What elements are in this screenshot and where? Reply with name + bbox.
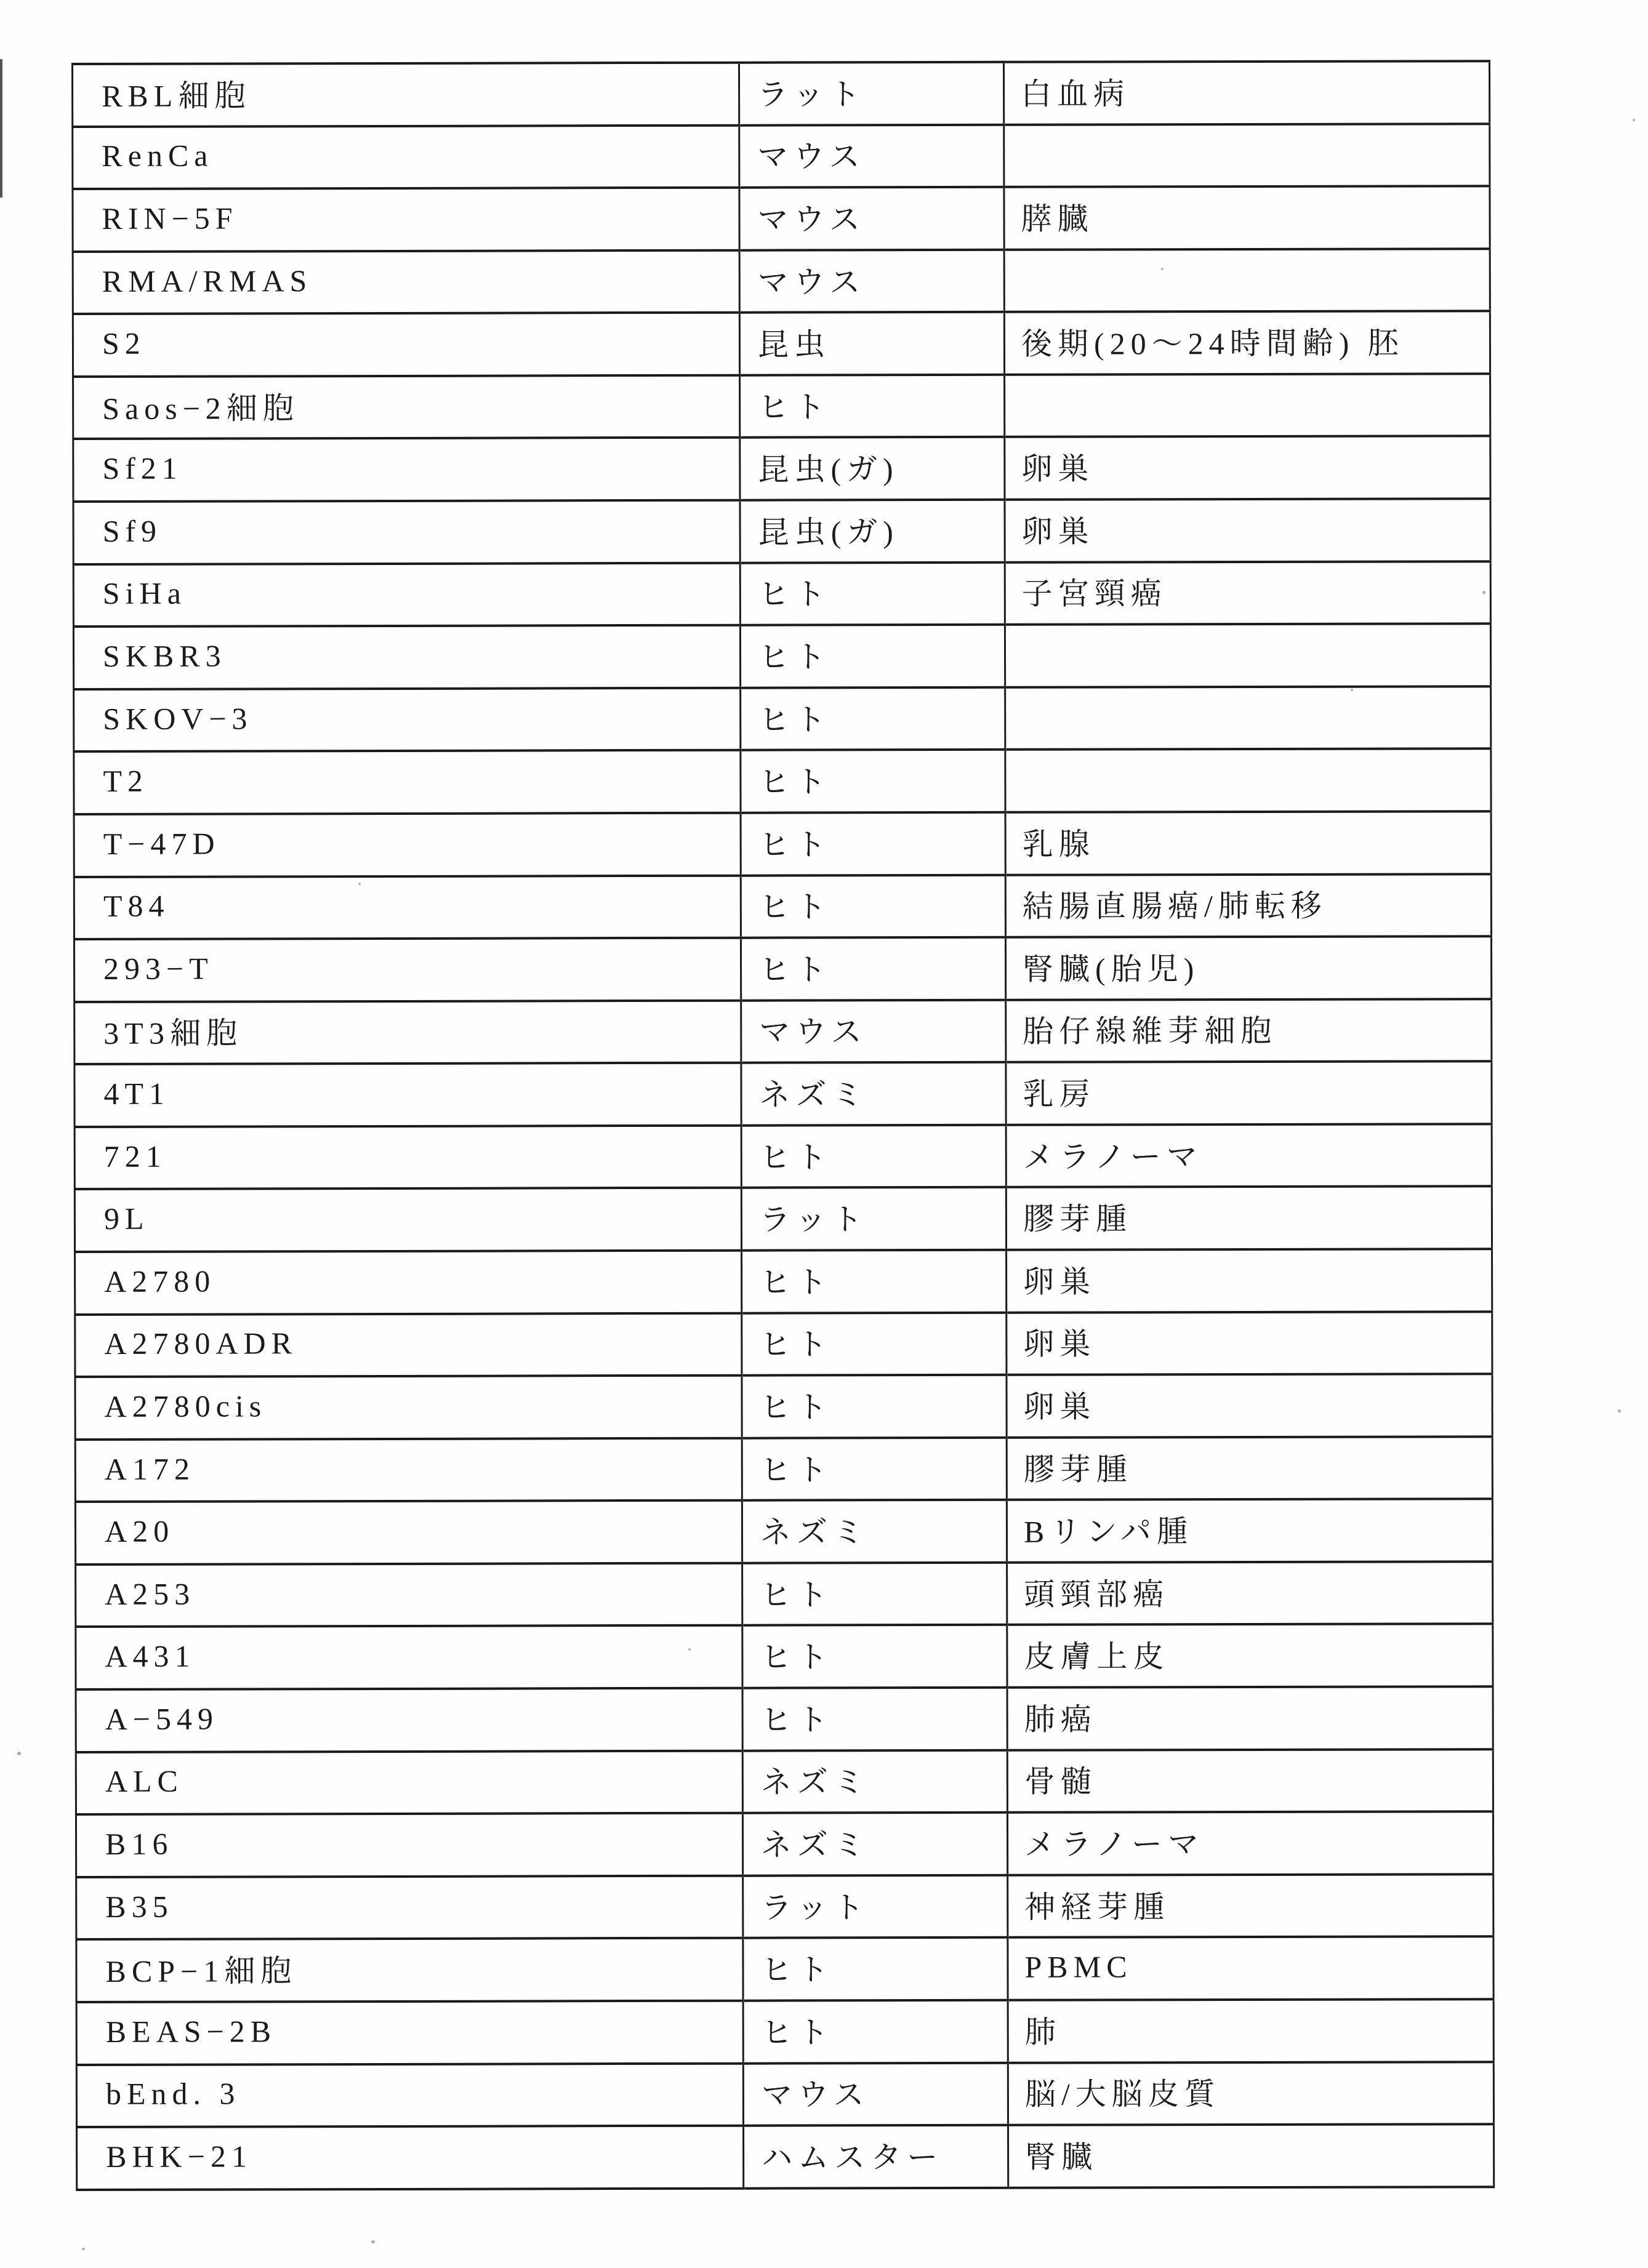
- species-cell: ヒト: [741, 812, 1005, 875]
- species-cell: ヒト: [740, 625, 1005, 687]
- tissue-origin-cell: 肺: [1008, 1999, 1493, 2062]
- cell-line-name-cell: A2780: [75, 1251, 742, 1315]
- table-row: B16ネズミメラノーマ: [76, 1811, 1493, 1877]
- species-cell: ヒト: [743, 2000, 1008, 2063]
- tissue-origin-cell: 卵巣: [1005, 436, 1490, 500]
- tissue-origin-cell: 卵巣: [1007, 1374, 1492, 1437]
- cell-line-name-cell: S2: [73, 313, 739, 377]
- table-row: RIN−5Fマウス膵臓: [73, 186, 1490, 251]
- tissue-origin-cell: Bリンパ腫: [1007, 1499, 1492, 1562]
- species-cell: 昆虫: [739, 312, 1004, 375]
- species-cell: ネズミ: [742, 1750, 1007, 1813]
- cell-line-name-cell: RenCa: [73, 125, 739, 189]
- cell-line-name-cell: A253: [76, 1563, 742, 1627]
- scan-edge-artifact: [0, 59, 2, 198]
- species-cell: ヒト: [742, 1312, 1007, 1375]
- table-row: Sf21昆虫(ガ)卵巣: [73, 436, 1490, 502]
- species-cell: ヒト: [741, 750, 1005, 812]
- table-row: 721ヒトメラノーマ: [74, 1124, 1492, 1189]
- table-row: A20ネズミBリンパ腫: [75, 1499, 1492, 1564]
- cell-line-name-cell: A−549: [76, 1688, 742, 1752]
- species-cell: 昆虫(ガ): [740, 437, 1005, 500]
- cell-line-name-cell: T84: [74, 875, 741, 939]
- tissue-origin-cell: 腎臓: [1008, 2124, 1494, 2188]
- table-row: A−549ヒト肺癌: [76, 1686, 1493, 1752]
- cell-line-name-cell: A431: [76, 1625, 742, 1689]
- table-row: A253ヒト頭頸部癌: [76, 1561, 1493, 1627]
- tissue-origin-cell: 乳房: [1006, 1061, 1492, 1124]
- tissue-origin-cell: [1005, 374, 1490, 437]
- cell-line-name-cell: A172: [75, 1438, 742, 1502]
- table-row: 293−Tヒト腎臓(胎児): [74, 936, 1491, 1001]
- species-cell: マウス: [743, 2062, 1008, 2125]
- tissue-origin-cell: 膠芽腫: [1007, 1437, 1492, 1500]
- tissue-origin-cell: 膠芽腫: [1006, 1187, 1492, 1250]
- species-cell: ヒト: [742, 1250, 1007, 1313]
- tissue-origin-cell: [1005, 686, 1491, 750]
- table-row: BEAS−2Bヒト肺: [76, 1999, 1493, 2064]
- scanned-document-page: { "colors": { "ink": "#1b1b1b", "paper":…: [0, 0, 1648, 2268]
- table-row: T2ヒト: [74, 749, 1491, 814]
- table-row: A172ヒト膠芽腫: [75, 1437, 1492, 1502]
- cell-line-name-cell: SKOV−3: [74, 688, 741, 752]
- tissue-origin-cell: [1004, 249, 1490, 312]
- cell-line-name-cell: Saos−2細胞: [73, 375, 740, 439]
- table-row: T84ヒト結腸直腸癌/肺転移: [74, 874, 1491, 939]
- tissue-origin-cell: 卵巣: [1007, 1249, 1492, 1312]
- table-row: A2780cisヒト卵巣: [75, 1374, 1492, 1439]
- table-row: 4T1ネズミ乳房: [74, 1061, 1492, 1126]
- species-cell: ヒト: [740, 375, 1005, 438]
- table-row: RMA/RMASマウス: [73, 249, 1490, 314]
- tissue-origin-cell: メラノーマ: [1006, 1124, 1492, 1187]
- tissue-origin-cell: 腎臓(胎児): [1005, 936, 1491, 1000]
- scan-speck: [371, 2240, 375, 2243]
- cell-line-name-cell: Sf9: [73, 500, 740, 564]
- tissue-origin-cell: 肺癌: [1007, 1686, 1493, 1750]
- cell-line-name-cell: T2: [74, 750, 741, 814]
- table-row: BHK−21ハムスター腎臓: [77, 2124, 1494, 2190]
- species-cell: ヒト: [741, 875, 1005, 937]
- scan-speck: [1633, 119, 1635, 121]
- tissue-origin-cell: [1005, 749, 1491, 812]
- tissue-origin-cell: 結腸直腸癌/肺転移: [1005, 874, 1491, 937]
- cell-line-name-cell: SiHa: [73, 563, 740, 627]
- table-row: SKOV−3ヒト: [74, 686, 1491, 751]
- cell-line-name-cell: BEAS−2B: [76, 2001, 743, 2065]
- species-cell: ネズミ: [741, 1062, 1006, 1125]
- species-cell: ヒト: [741, 687, 1005, 750]
- tissue-origin-cell: [1005, 623, 1490, 687]
- cell-line-name-cell: ALC: [76, 1750, 742, 1814]
- cell-line-name-cell: RMA/RMAS: [73, 250, 739, 314]
- cell-line-name-cell: A2780ADR: [75, 1313, 742, 1377]
- tissue-origin-cell: 子宮頸癌: [1005, 561, 1490, 625]
- tissue-origin-cell: 卵巣: [1007, 1312, 1492, 1375]
- cell-line-name-cell: Sf21: [73, 438, 740, 502]
- table-row: RBL細胞ラット白血病: [73, 61, 1490, 126]
- species-cell: ヒト: [742, 1375, 1007, 1438]
- table-row: SiHaヒト子宮頸癌: [73, 561, 1490, 627]
- species-cell: ヒト: [740, 562, 1005, 625]
- species-cell: マウス: [739, 250, 1004, 313]
- scan-speck: [82, 2248, 85, 2250]
- species-cell: ハムスター: [744, 2125, 1008, 2189]
- cell-line-table: RBL細胞ラット白血病RenCaマウスRIN−5Fマウス膵臓RMA/RMASマウ…: [71, 60, 1495, 2191]
- cell-line-name-cell: BHK−21: [77, 2126, 744, 2190]
- table-row: T−47Dヒト乳腺: [74, 811, 1491, 876]
- species-cell: ラット: [741, 1187, 1006, 1250]
- species-cell: ヒト: [743, 1937, 1008, 2000]
- scan-speck: [1618, 1409, 1621, 1412]
- cell-line-name-cell: RIN−5F: [73, 188, 739, 252]
- cell-line-name-cell: B16: [76, 1813, 742, 1877]
- species-cell: マウス: [739, 124, 1004, 187]
- cell-line-name-cell: 3T3細胞: [74, 1000, 741, 1064]
- tissue-origin-cell: 後期(20〜24時間齢) 胚: [1004, 311, 1490, 374]
- species-cell: ネズミ: [742, 1813, 1007, 1875]
- cell-line-name-cell: SKBR3: [73, 625, 740, 689]
- tissue-origin-cell: 白血病: [1004, 61, 1490, 124]
- table-row: S2昆虫後期(20〜24時間齢) 胚: [73, 311, 1490, 376]
- species-cell: ヒト: [741, 937, 1005, 1000]
- tissue-origin-cell: メラノーマ: [1007, 1811, 1493, 1875]
- species-cell: ラット: [739, 62, 1004, 125]
- table-row: 3T3細胞マウス胎仔線維芽細胞: [74, 999, 1492, 1064]
- species-cell: マウス: [739, 187, 1004, 250]
- tissue-origin-cell: 脳/大脳皮質: [1008, 2062, 1493, 2125]
- table-row: bEnd. 3マウス脳/大脳皮質: [76, 2062, 1493, 2127]
- species-cell: ラット: [743, 1875, 1008, 1938]
- cell-line-table-body: RBL細胞ラット白血病RenCaマウスRIN−5Fマウス膵臓RMA/RMASマウ…: [73, 61, 1494, 2190]
- tissue-origin-cell: 胎仔線維芽細胞: [1006, 999, 1492, 1062]
- cell-line-name-cell: RBL細胞: [73, 63, 739, 127]
- species-cell: ヒト: [742, 1563, 1007, 1625]
- table-row: Sf9昆虫(ガ)卵巣: [73, 499, 1490, 564]
- species-cell: ヒト: [742, 1625, 1007, 1688]
- table-row: SKBR3ヒト: [73, 623, 1490, 689]
- species-cell: マウス: [741, 1000, 1006, 1062]
- cell-line-name-cell: 4T1: [74, 1063, 741, 1127]
- tissue-origin-cell: PBMC: [1008, 1937, 1493, 2000]
- cell-line-name-cell: bEnd. 3: [76, 2063, 743, 2127]
- tissue-origin-cell: 骨髄: [1007, 1749, 1493, 1813]
- species-cell: ヒト: [741, 1125, 1006, 1188]
- tissue-origin-cell: [1004, 124, 1490, 187]
- cell-line-name-cell: 721: [74, 1126, 741, 1190]
- table-row: ALCネズミ骨髄: [76, 1749, 1493, 1814]
- cell-line-name-cell: A2780cis: [75, 1376, 742, 1440]
- tissue-origin-cell: 卵巣: [1005, 499, 1490, 562]
- table-row: Saos−2細胞ヒト: [73, 374, 1490, 439]
- scan-speck: [17, 1752, 21, 1755]
- species-cell: 昆虫(ガ): [740, 500, 1005, 563]
- tissue-origin-cell: 乳腺: [1005, 811, 1491, 875]
- tissue-origin-cell: 頭頸部癌: [1007, 1561, 1493, 1625]
- tissue-origin-cell: 膵臓: [1004, 186, 1490, 249]
- tissue-origin-cell: 神経芽腫: [1008, 1874, 1493, 1937]
- cell-line-name-cell: A20: [75, 1501, 742, 1565]
- tissue-origin-cell: 皮膚上皮: [1007, 1624, 1493, 1688]
- cell-line-name-cell: 9L: [74, 1188, 741, 1252]
- table-row: BCP−1細胞ヒトPBMC: [76, 1937, 1493, 2002]
- species-cell: ネズミ: [742, 1500, 1007, 1563]
- table-row: A2780ADRヒト卵巣: [75, 1312, 1492, 1377]
- species-cell: ヒト: [742, 1688, 1007, 1750]
- table-row: A2780ヒト卵巣: [75, 1249, 1492, 1314]
- table-row: RenCaマウス: [73, 124, 1490, 189]
- table-row: 9Lラット膠芽腫: [74, 1187, 1492, 1252]
- table-row: A431ヒト皮膚上皮: [76, 1624, 1493, 1689]
- table-row: B35ラット神経芽腫: [76, 1874, 1493, 1939]
- species-cell: ヒト: [742, 1438, 1007, 1501]
- cell-line-name-cell: B35: [76, 1875, 743, 1939]
- cell-line-name-cell: T−47D: [74, 813, 741, 877]
- cell-line-name-cell: 293−T: [74, 938, 741, 1002]
- cell-line-name-cell: BCP−1細胞: [76, 1938, 743, 2002]
